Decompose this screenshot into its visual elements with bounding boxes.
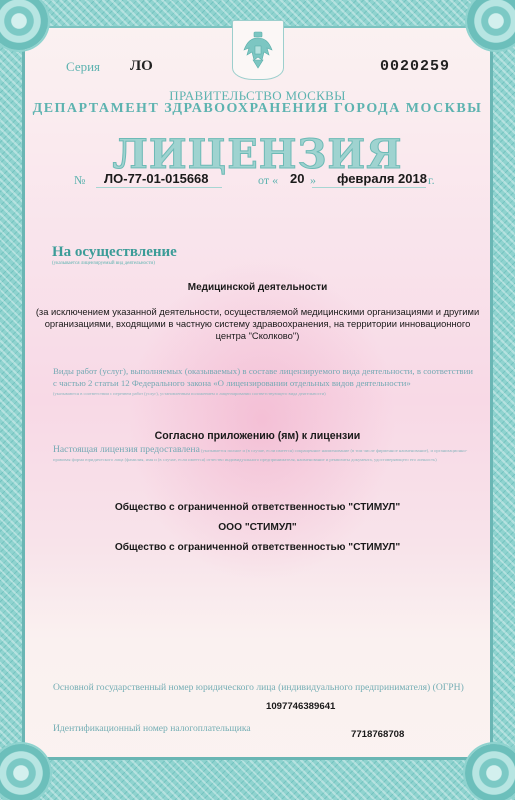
year-suffix: г. <box>428 173 435 188</box>
license-day: 20 <box>290 171 304 186</box>
frame-bottom-border <box>0 760 515 800</box>
activity-name: Медицинской деятельности <box>0 282 515 293</box>
granted-label: Настоящая лицензия предоставлена (указыв… <box>53 446 473 464</box>
inn-label: Идентификационный номер налогоплательщик… <box>53 723 251 734</box>
works-value: Согласно приложению (ям) к лицензии <box>0 430 515 442</box>
works-caption: (указываются в соответствии с перечнем р… <box>53 391 473 396</box>
date-underline <box>312 187 426 188</box>
corner-rosette-icon <box>0 744 50 800</box>
license-number-label: № <box>74 173 85 188</box>
date-from-label: от « <box>258 173 278 188</box>
organization-firm-name: Общество с ограниченной ответственностью… <box>0 542 515 553</box>
document-title: ЛИЦЕНЗИЯ <box>0 131 515 178</box>
corner-rosette-icon <box>465 744 515 800</box>
series-value: ЛО <box>130 58 153 75</box>
frame-left-border <box>0 0 22 800</box>
frame-inner-line-bottom <box>22 757 493 760</box>
corner-rosette-icon <box>467 0 515 50</box>
ogrn-label: Основной государственный номер юридическ… <box>53 682 464 693</box>
series-label: Серия <box>66 59 100 75</box>
license-document: Серия ЛО 0020259 ПРАВИТЕЛЬСТВО МОСКВЫ ДЕ… <box>0 0 515 800</box>
organization-full-name: Общество с ограниченной ответственностью… <box>0 502 515 513</box>
ogrn-value: 1097746389641 <box>266 701 335 712</box>
date-day-close: » <box>310 173 316 188</box>
license-number-underline <box>96 187 222 188</box>
department-heading: ДЕПАРТАМЕНТ ЗДРАВООХРАНЕНИЯ ГОРОДА МОСКВ… <box>0 101 515 117</box>
granted-lead: Настоящая лицензия предоставлена <box>53 444 200 455</box>
license-number: ЛО-77-01-015668 <box>104 171 209 186</box>
corner-rosette-icon <box>0 0 48 50</box>
inn-value: 7718768708 <box>351 729 404 740</box>
license-month-year: февраля 2018 <box>337 171 427 186</box>
serial-number: 0020259 <box>380 58 450 75</box>
organization-short-name: ООО "СТИМУЛ" <box>0 522 515 533</box>
frame-right-border <box>493 0 515 800</box>
activity-label: На осуществление <box>52 244 177 261</box>
activity-exclusion: (за исключением указанной деятельности, … <box>30 306 485 342</box>
activity-caption: (указывается лицензируемый вид деятельно… <box>52 261 155 266</box>
frame-inner-line-left <box>22 0 25 800</box>
works-label: Виды работ (услуг), выполняемых (оказыва… <box>53 366 473 389</box>
frame-inner-line-right <box>490 0 493 800</box>
coat-of-arms-icon <box>232 20 284 80</box>
